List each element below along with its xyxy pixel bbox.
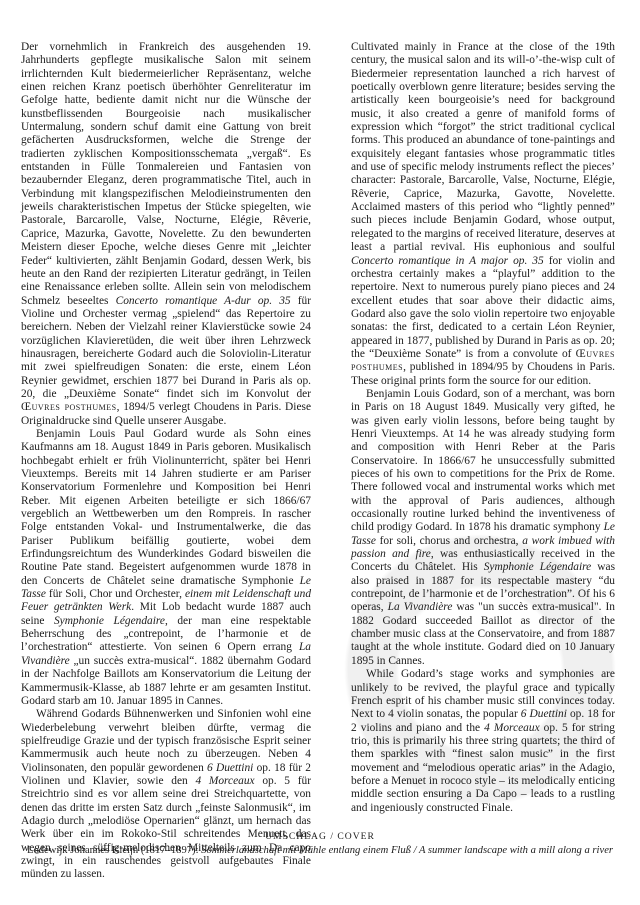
german-column: Der vornehmlich in Frankreich des ausgeh… — [21, 41, 311, 882]
paragraph: Cultivated mainly in France at the close… — [351, 41, 615, 388]
text-run: for soli, chorus and orchestra, — [376, 535, 522, 547]
cover-caption-title: Sommerlandschaft mit Mühle entlang einem… — [201, 845, 613, 856]
document-page: Der vornehmlich in Frankreich des ausgeh… — [0, 0, 640, 905]
cover-label: UMSCHLAG / COVER — [0, 831, 640, 842]
text-run: für Violine und Orchester vermag „spiele… — [21, 295, 311, 400]
text-run: op. 5 for string trio, this is primarily… — [351, 722, 615, 814]
text-run: Benjamin Louis Paul Godard wurde als Soh… — [21, 428, 311, 587]
italic-title: Concerto romantique A-dur op. 35 — [116, 295, 291, 307]
text-run: op. 5 für Streichtrio sind es vor allem … — [21, 775, 311, 880]
cover-caption: Lodewijk Johannes Kleijn (1817–1897): So… — [0, 845, 640, 856]
paragraph: Benjamin Louis Paul Godard wurde als Soh… — [21, 428, 311, 708]
text-run: Der vornehmlich in Frankreich des ausgeh… — [21, 41, 311, 307]
small-caps-text: Œuvres posthumes — [21, 401, 117, 413]
text-run: für Soli, Chor und Orchester, — [46, 588, 185, 600]
italic-title: Symphonie Légendaire — [54, 615, 165, 627]
text-run: Benjamin Louis Godard, son of a merchant… — [351, 388, 615, 533]
paragraph: Benjamin Louis Godard, son of a merchant… — [351, 388, 615, 668]
cover-caption-artist: Lodewijk Johannes Kleijn (1817–1897): — [27, 845, 201, 856]
italic-title: La Vivandière — [388, 601, 453, 613]
text-run: Cultivated mainly in France at the close… — [351, 41, 615, 253]
text-run: for violin and orchestra certainly makes… — [351, 255, 615, 360]
italic-title: Symphonie Légendaire — [484, 561, 592, 573]
italic-title: 4 Morceaux — [195, 775, 254, 787]
italic-title: Concerto romantique in A major op. 35 — [351, 255, 544, 267]
paragraph: While Godard’s stage works and symphonie… — [351, 668, 615, 815]
italic-title: 4 Morceaux — [484, 722, 540, 734]
italic-title: 6 Duettini — [521, 708, 567, 720]
italic-title: 6 Duettini — [207, 762, 253, 774]
english-column: Cultivated mainly in France at the close… — [351, 41, 615, 815]
paragraph: Der vornehmlich in Frankreich des ausgeh… — [21, 41, 311, 428]
